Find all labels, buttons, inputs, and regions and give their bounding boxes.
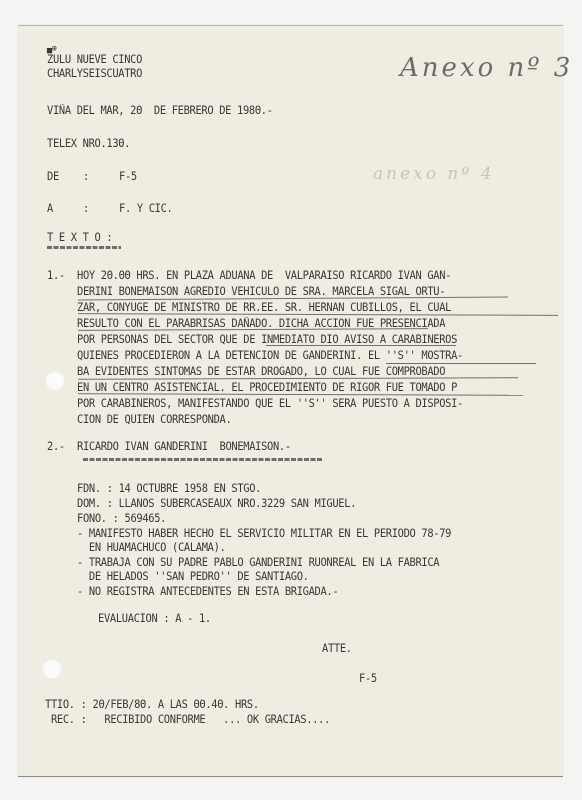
text-heading-rule: [47, 246, 121, 249]
section-1-line: POR CARABINEROS, MANIFESTANDO QUE EL ''S…: [77, 396, 463, 413]
closing: ATTE.: [322, 641, 352, 658]
section-2-title-rule: [83, 458, 322, 461]
from-separator: :: [83, 169, 89, 186]
handwritten-annex-note: Anexo nº 3: [400, 53, 573, 83]
receipt-line: REC. : RECIBIDO CONFORME ... OK GRACIAS.…: [45, 712, 330, 729]
header-line-2: CHARLYSEISCUATRO: [47, 66, 142, 83]
punch-hole-lower: [42, 659, 62, 679]
text-heading: T E X T O :: [47, 230, 112, 247]
pen-underline: [266, 345, 456, 346]
section-2-title: RICARDO IVAN GANDERINI BONEMAISON.-: [77, 439, 291, 456]
section-1-line: POR PERSONAS DEL SECTOR QUE DE INMEDIATO…: [77, 332, 457, 349]
note-line: - NO REGISTRA ANTECEDENTES EN ESTA BRIGA…: [77, 584, 338, 601]
section-2-number: 2.-: [47, 439, 65, 456]
telex-document-page: ▄⊕ ZULU NUEVE CINCO CHARLYSEISCUATRO Ane…: [18, 25, 563, 777]
telex-number: TELEX NRO.13Θ.: [47, 136, 130, 153]
section-1-line: HOY 2Θ.ΘΘ HRS. EN PLAZA ADUANA DE VALPAR…: [77, 268, 451, 285]
to-label: A: [47, 201, 53, 218]
to-separator: :: [83, 201, 89, 218]
pen-underline: [386, 363, 536, 364]
from-value: F-5: [119, 169, 137, 186]
from-label: DE: [47, 169, 59, 186]
section-1-line: CION DE QUIEN CORRESPONDA.: [77, 412, 231, 429]
evaluation: EVALUACION : A - 1.: [98, 611, 211, 628]
to-value: F. Y CIC.: [119, 201, 172, 218]
signature: F-5: [359, 671, 377, 688]
punch-hole-upper: [45, 371, 65, 391]
section-1-number: 1.-: [47, 268, 65, 285]
place-date: VIÑA DEL MAR, 2Θ DE FEBRERO DE 198Θ.-: [47, 103, 273, 120]
handwritten-ghost-note: anexo nº 4: [373, 164, 495, 184]
